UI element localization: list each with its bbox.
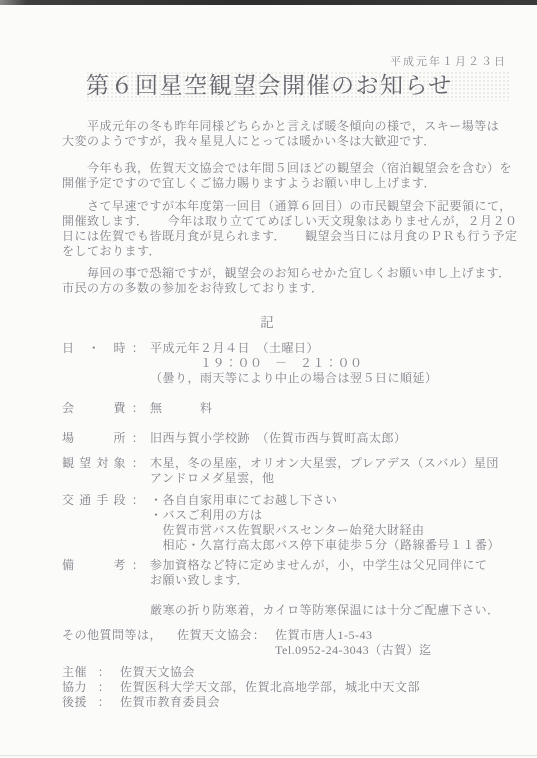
issued-date: 平成元年１月２３日	[0, 53, 507, 69]
detail-row-targets: 観望対象 ： 木星，冬の星座，オリオン大星雲，プレアデス（スバル）星団 アンドロ…	[62, 456, 529, 486]
detail-value: 平成元年２月４日 （土曜日） １９：００ － ２１：００ （曇り，雨天等により中…	[150, 341, 438, 386]
detail-value: ・各自自家用車にてお越し下さい ・バスご利用の方は 佐賀市営バス佐賀駅バスセンタ…	[150, 493, 500, 553]
detail-colon: ：	[126, 341, 150, 356]
detail-row-fee: 会費 ： 無 料	[62, 401, 529, 416]
credit-label: 主催	[62, 665, 92, 680]
credits-list: 主催 ： 佐賀天文協会 協力 ： 佐賀医科大学天文部，佐賀北高地学部，城北中天文…	[62, 665, 529, 710]
credit-row-support: 後援 ： 佐賀市教育委員会	[62, 695, 529, 710]
credit-label: 協力	[62, 680, 92, 695]
scan-edge-bottom	[0, 755, 537, 756]
detail-value: 木星，冬の星座，オリオン大星雲，プレアデス（スバル）星団 アンドロメダ星雲，他	[150, 456, 499, 486]
detail-row-place: 場所 ： 旧西与賀小学校跡 （佐賀市西与賀町高太郎）	[62, 431, 529, 446]
detail-colon: ：	[126, 401, 150, 416]
detail-label: 交通手段	[62, 493, 126, 508]
credit-colon: ：	[92, 665, 116, 680]
contact-address: 佐賀市唐人1-5-43 Tel.0952-24-3043（古賀）迄	[275, 628, 432, 658]
contact-row: その他質問等は， 佐賀天文協会 ： 佐賀市唐人1-5-43 Tel.0952-2…	[62, 628, 529, 658]
paragraph: 平成元年の冬も昨年同様どちらかと言えば暖冬傾向の様で，スキー場等は 大変のようで…	[62, 119, 529, 149]
credit-colon: ：	[92, 695, 116, 710]
record-heading: 記	[0, 315, 537, 331]
contact-prefix: その他質問等は，	[62, 628, 177, 643]
paragraph: 毎回の事で恐縮ですが，観望会のお知らせかた宜しくお願い申し上げます． 市民の方の…	[62, 266, 529, 296]
detail-value: 無 料	[150, 401, 213, 416]
credit-colon: ：	[92, 680, 116, 695]
credit-value: 佐賀医科大学天文部，佐賀北高地学部，城北中天文部	[120, 680, 420, 695]
paragraph: さて早速ですが本年度第一回目（通算６回目）の市民観望会下記要領にて， 開催致しま…	[62, 199, 529, 259]
credit-row-cooperation: 協力 ： 佐賀医科大学天文部，佐賀北高地学部，城北中天文部	[62, 680, 529, 695]
page-title: 第６回星空観望会開催のお知らせ	[86, 71, 510, 101]
contact-colon: ：	[249, 628, 269, 643]
detail-label: 場所	[62, 431, 126, 446]
detail-label: 備考	[62, 558, 126, 573]
detail-colon: ：	[126, 456, 150, 471]
detail-colon: ：	[126, 558, 150, 573]
detail-label: 観望対象	[62, 456, 126, 471]
detail-value: 参加資格など特に定めませんが，小，中学生は父兄同伴にて お願い致します． 厳寒の…	[150, 558, 500, 618]
credit-label: 後援	[62, 695, 92, 710]
detail-row-datetime: 日・時 ： 平成元年２月４日 （土曜日） １９：００ － ２１：００ （曇り，雨…	[62, 341, 529, 386]
scan-edge-top	[0, 0, 537, 5]
detail-row-transport: 交通手段 ： ・各自自家用車にてお越し下さい ・バスご利用の方は 佐賀市営バス佐…	[62, 493, 529, 553]
scanned-document-page: 平成元年１月２３日 第６回星空観望会開催のお知らせ 平成元年の冬も昨年同様どちら…	[0, 0, 537, 758]
body-paragraphs: 平成元年の冬も昨年同様どちらかと言えば暖冬傾向の様で，スキー場等は 大変のようで…	[62, 119, 529, 296]
detail-colon: ：	[126, 493, 150, 508]
details-list: 日・時 ： 平成元年２月４日 （土曜日） １９：００ － ２１：００ （曇り，雨…	[62, 341, 529, 618]
credit-value: 佐賀市教育委員会	[120, 695, 220, 710]
paragraph: 今年も我，佐賀天文協会では年間５回ほどの観望会（宿泊観望会を含む）を 開催予定で…	[62, 161, 529, 191]
contact-organization: 佐賀天文協会	[177, 628, 249, 643]
detail-colon: ：	[126, 431, 150, 446]
detail-value: 旧西与賀小学校跡 （佐賀市西与賀町高太郎）	[150, 431, 407, 446]
credit-row-organizer: 主催 ： 佐賀天文協会	[62, 665, 529, 680]
detail-row-notes: 備考 ： 参加資格など特に定めませんが，小，中学生は父兄同伴にて お願い致します…	[62, 558, 529, 618]
detail-label: 日・時	[62, 341, 126, 356]
credit-value: 佐賀天文協会	[120, 665, 195, 680]
detail-label: 会費	[62, 401, 126, 416]
